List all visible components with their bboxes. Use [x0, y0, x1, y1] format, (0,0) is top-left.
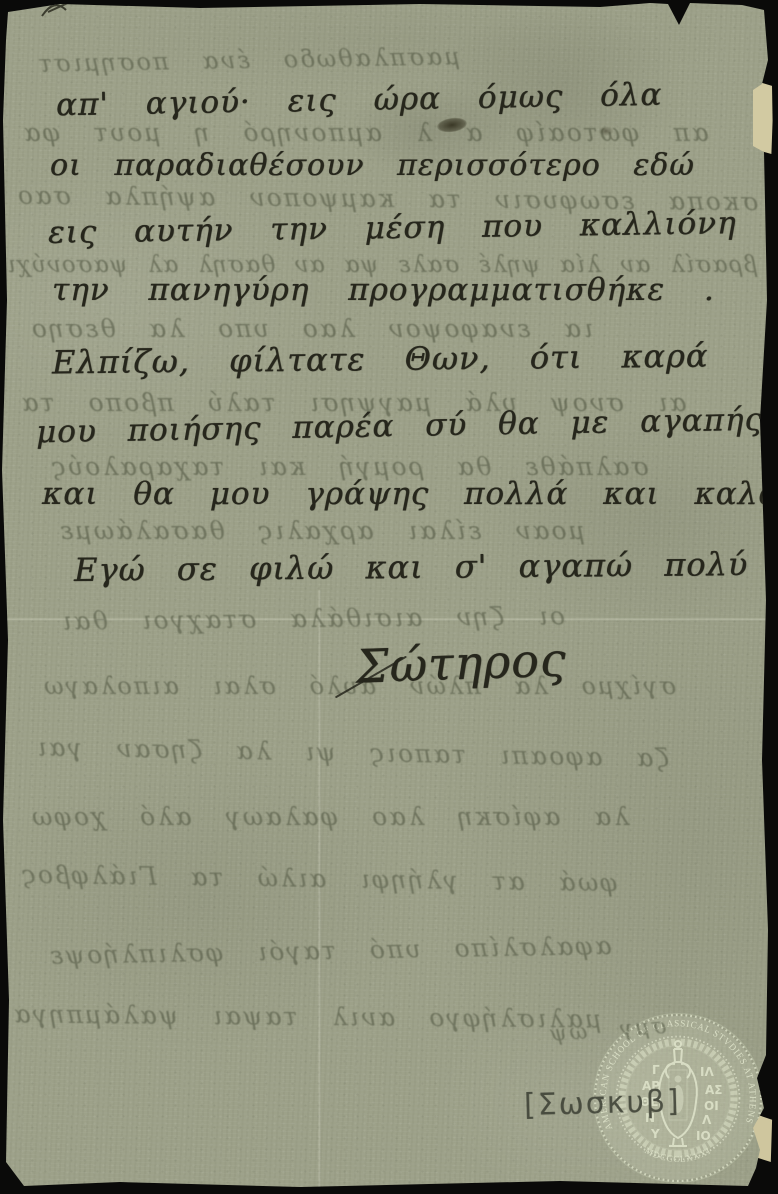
bleedthrough-line: οι ζην αισιθάλα σταχγοι θαι	[60, 601, 565, 635]
bleedthrough-line: αφαλσλίπο υπό ταγόι φσλιπλήοψε	[48, 931, 612, 970]
letter-line: Ελπίζω, φίλτατε Θων, ότι καρά	[52, 337, 709, 382]
seal-greek-letter: Υ	[650, 1127, 660, 1141]
ink-smudge	[598, 126, 614, 136]
bleedthrough-line: λα αφίσκη λαο φαλαωγ αλό χοφω	[30, 802, 629, 831]
letter-line: οι παραδιαθέσουν περισσότερο εδώ	[50, 148, 695, 183]
pencil-annotation: [Σωσκυβ]	[524, 1084, 682, 1123]
letter-line: απ' αγιού· εις ώρα όμως όλα	[56, 77, 663, 124]
bleedthrough-line: φωά ατ γλήηφι αιλώ τα Γιάλφβος	[20, 860, 618, 897]
bleedthrough-line: μαλισλήφγο ανιλ ταψαι ψαλάμπηγα	[12, 999, 602, 1033]
seal-greek-letter: ΟΙ	[704, 1099, 719, 1113]
ink-mark-top-left	[40, 0, 80, 20]
seal-greek-letter: ΙΛ	[700, 1065, 714, 1079]
letter-line: την πανηγύρη προγραμματισθήκε .	[52, 272, 715, 308]
seal-greek-letter: ΑΣ	[705, 1083, 722, 1097]
letter-line: Εγώ σε φιλώ και σ' αγαπώ πολύ	[74, 545, 749, 589]
signature: Σώτηρος	[355, 632, 567, 693]
seal-greek-letter: ΙΟ	[696, 1129, 711, 1143]
seal-greek-letter: Λ	[702, 1113, 712, 1127]
letter-line: και θα μου γράψης πολλά και καλά	[42, 476, 778, 512]
letter-line: εις αυτήν την μέση που καλλιόνη	[48, 205, 737, 251]
letter-paper: AMERICAN SCHOOL OF CLASSICAL STVDIES AT …	[0, 0, 778, 1194]
seal-greek-letter: Γ	[652, 1063, 660, 1077]
bleedthrough-line: ζα αφοαπι ταποις ψι λα ζησαν γαι	[35, 732, 670, 772]
scanned-letter-page: AMERICAN SCHOOL OF CLASSICAL STVDIES AT …	[0, 0, 778, 1194]
bleedthrough-line: μασπλαθωδο ένα ποσημιστ	[40, 42, 460, 77]
bleedthrough-line: μοαν είλαι αρχαλις θασαλάωμε	[58, 516, 585, 545]
